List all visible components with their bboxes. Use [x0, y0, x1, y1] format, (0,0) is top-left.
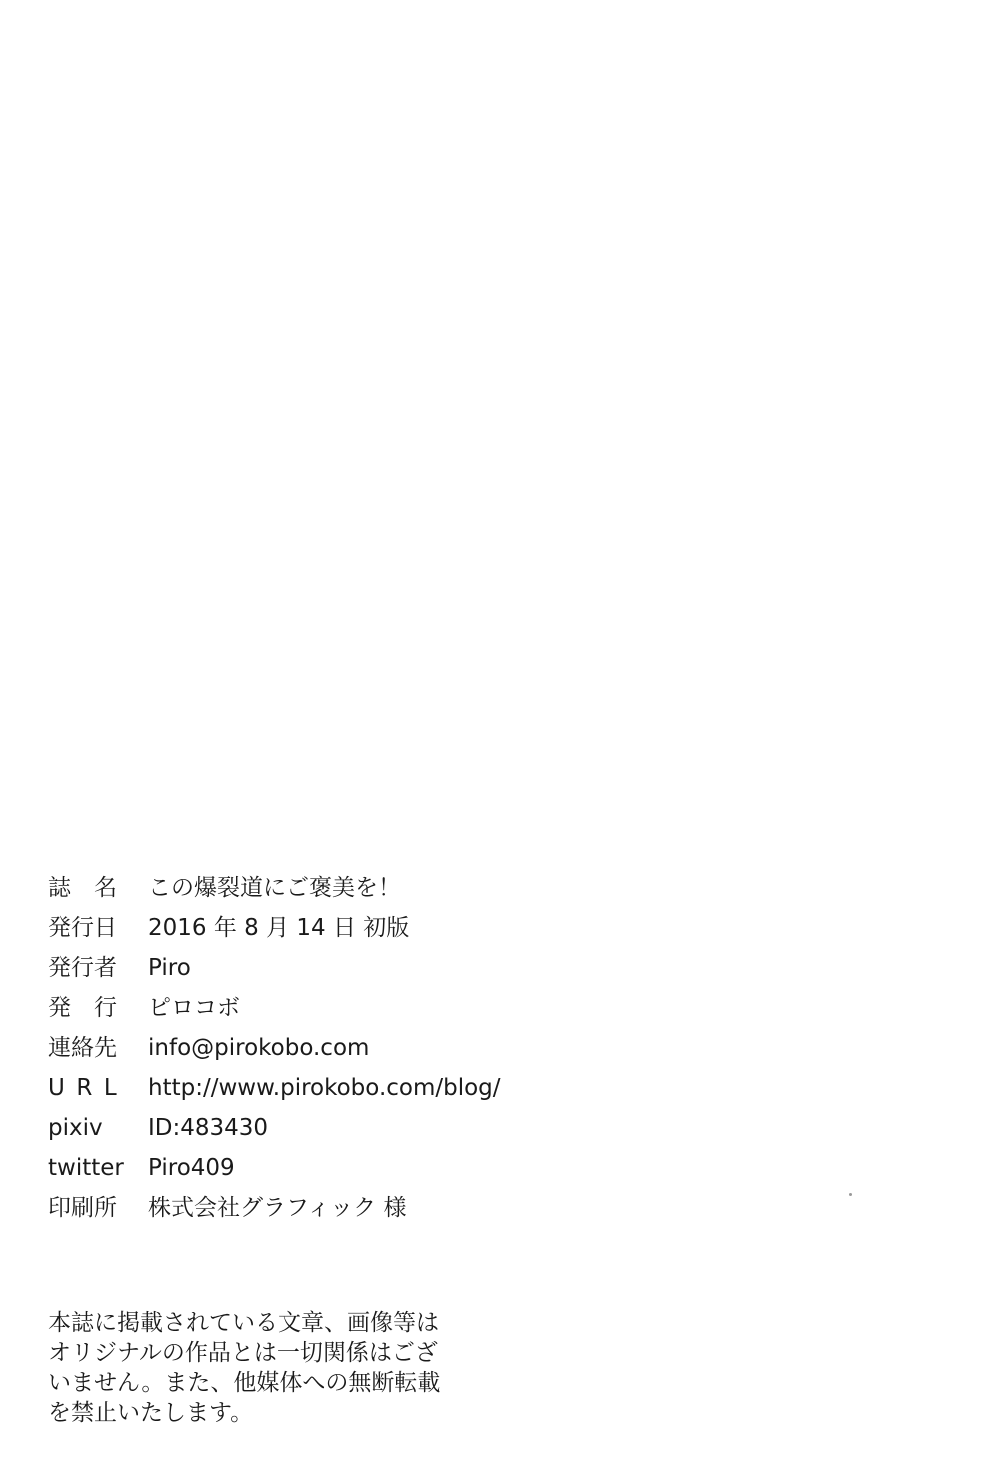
publish-date-value: 2016 年 8 月 14 日 初版 [148, 908, 409, 948]
notice-line: いません。また、他媒体への無断転載 [48, 1368, 478, 1398]
colophon-row-title: 誌 名 この爆裂道にご褒美を！ [48, 868, 501, 908]
issuer-label: 発 行 [48, 988, 148, 1028]
colophon-row-contact: 連絡先 info@pirokobo.com [48, 1028, 501, 1068]
url-value: http://www.pirokobo.com/blog/ [148, 1068, 501, 1108]
issuer-value: ピロコボ [148, 988, 240, 1028]
title-value: この爆裂道にご褒美を！ [148, 868, 401, 908]
contact-email: info@pirokobo.com [148, 1028, 369, 1068]
colophon-row-issuer: 発 行 ピロコボ [48, 988, 501, 1028]
twitter-label: twitter [48, 1148, 148, 1188]
copyright-notice: 本誌に掲載されている文章、画像等は オリジナルの作品とは一切関係はござ いません… [48, 1308, 478, 1428]
printer-value: 株式会社グラフィック 様 [148, 1188, 406, 1228]
colophon-row-publish-date: 発行日 2016 年 8 月 14 日 初版 [48, 908, 501, 948]
colophon: 誌 名 この爆裂道にご褒美を！ 発行日 2016 年 8 月 14 日 初版 発… [48, 868, 501, 1228]
scan-speck [849, 1193, 852, 1196]
colophon-row-twitter: twitter Piro409 [48, 1148, 501, 1188]
publisher-label: 発行者 [48, 948, 148, 988]
colophon-row-publisher: 発行者 Piro [48, 948, 501, 988]
pixiv-label: pixiv [48, 1108, 148, 1148]
url-label: URL [48, 1068, 148, 1108]
notice-line: を禁止いたします。 [48, 1398, 478, 1428]
contact-label: 連絡先 [48, 1028, 148, 1068]
publish-date-label: 発行日 [48, 908, 148, 948]
title-label: 誌 名 [48, 868, 148, 908]
publisher-value: Piro [148, 948, 191, 988]
notice-line: 本誌に掲載されている文章、画像等は [48, 1308, 478, 1338]
printer-label: 印刷所 [48, 1188, 148, 1228]
pixiv-id: ID:483430 [148, 1108, 268, 1148]
colophon-row-printer: 印刷所 株式会社グラフィック 様 [48, 1188, 501, 1228]
colophon-row-pixiv: pixiv ID:483430 [48, 1108, 501, 1148]
colophon-row-url: URL http://www.pirokobo.com/blog/ [48, 1068, 501, 1108]
twitter-handle: Piro409 [148, 1148, 235, 1188]
notice-line: オリジナルの作品とは一切関係はござ [48, 1338, 478, 1368]
